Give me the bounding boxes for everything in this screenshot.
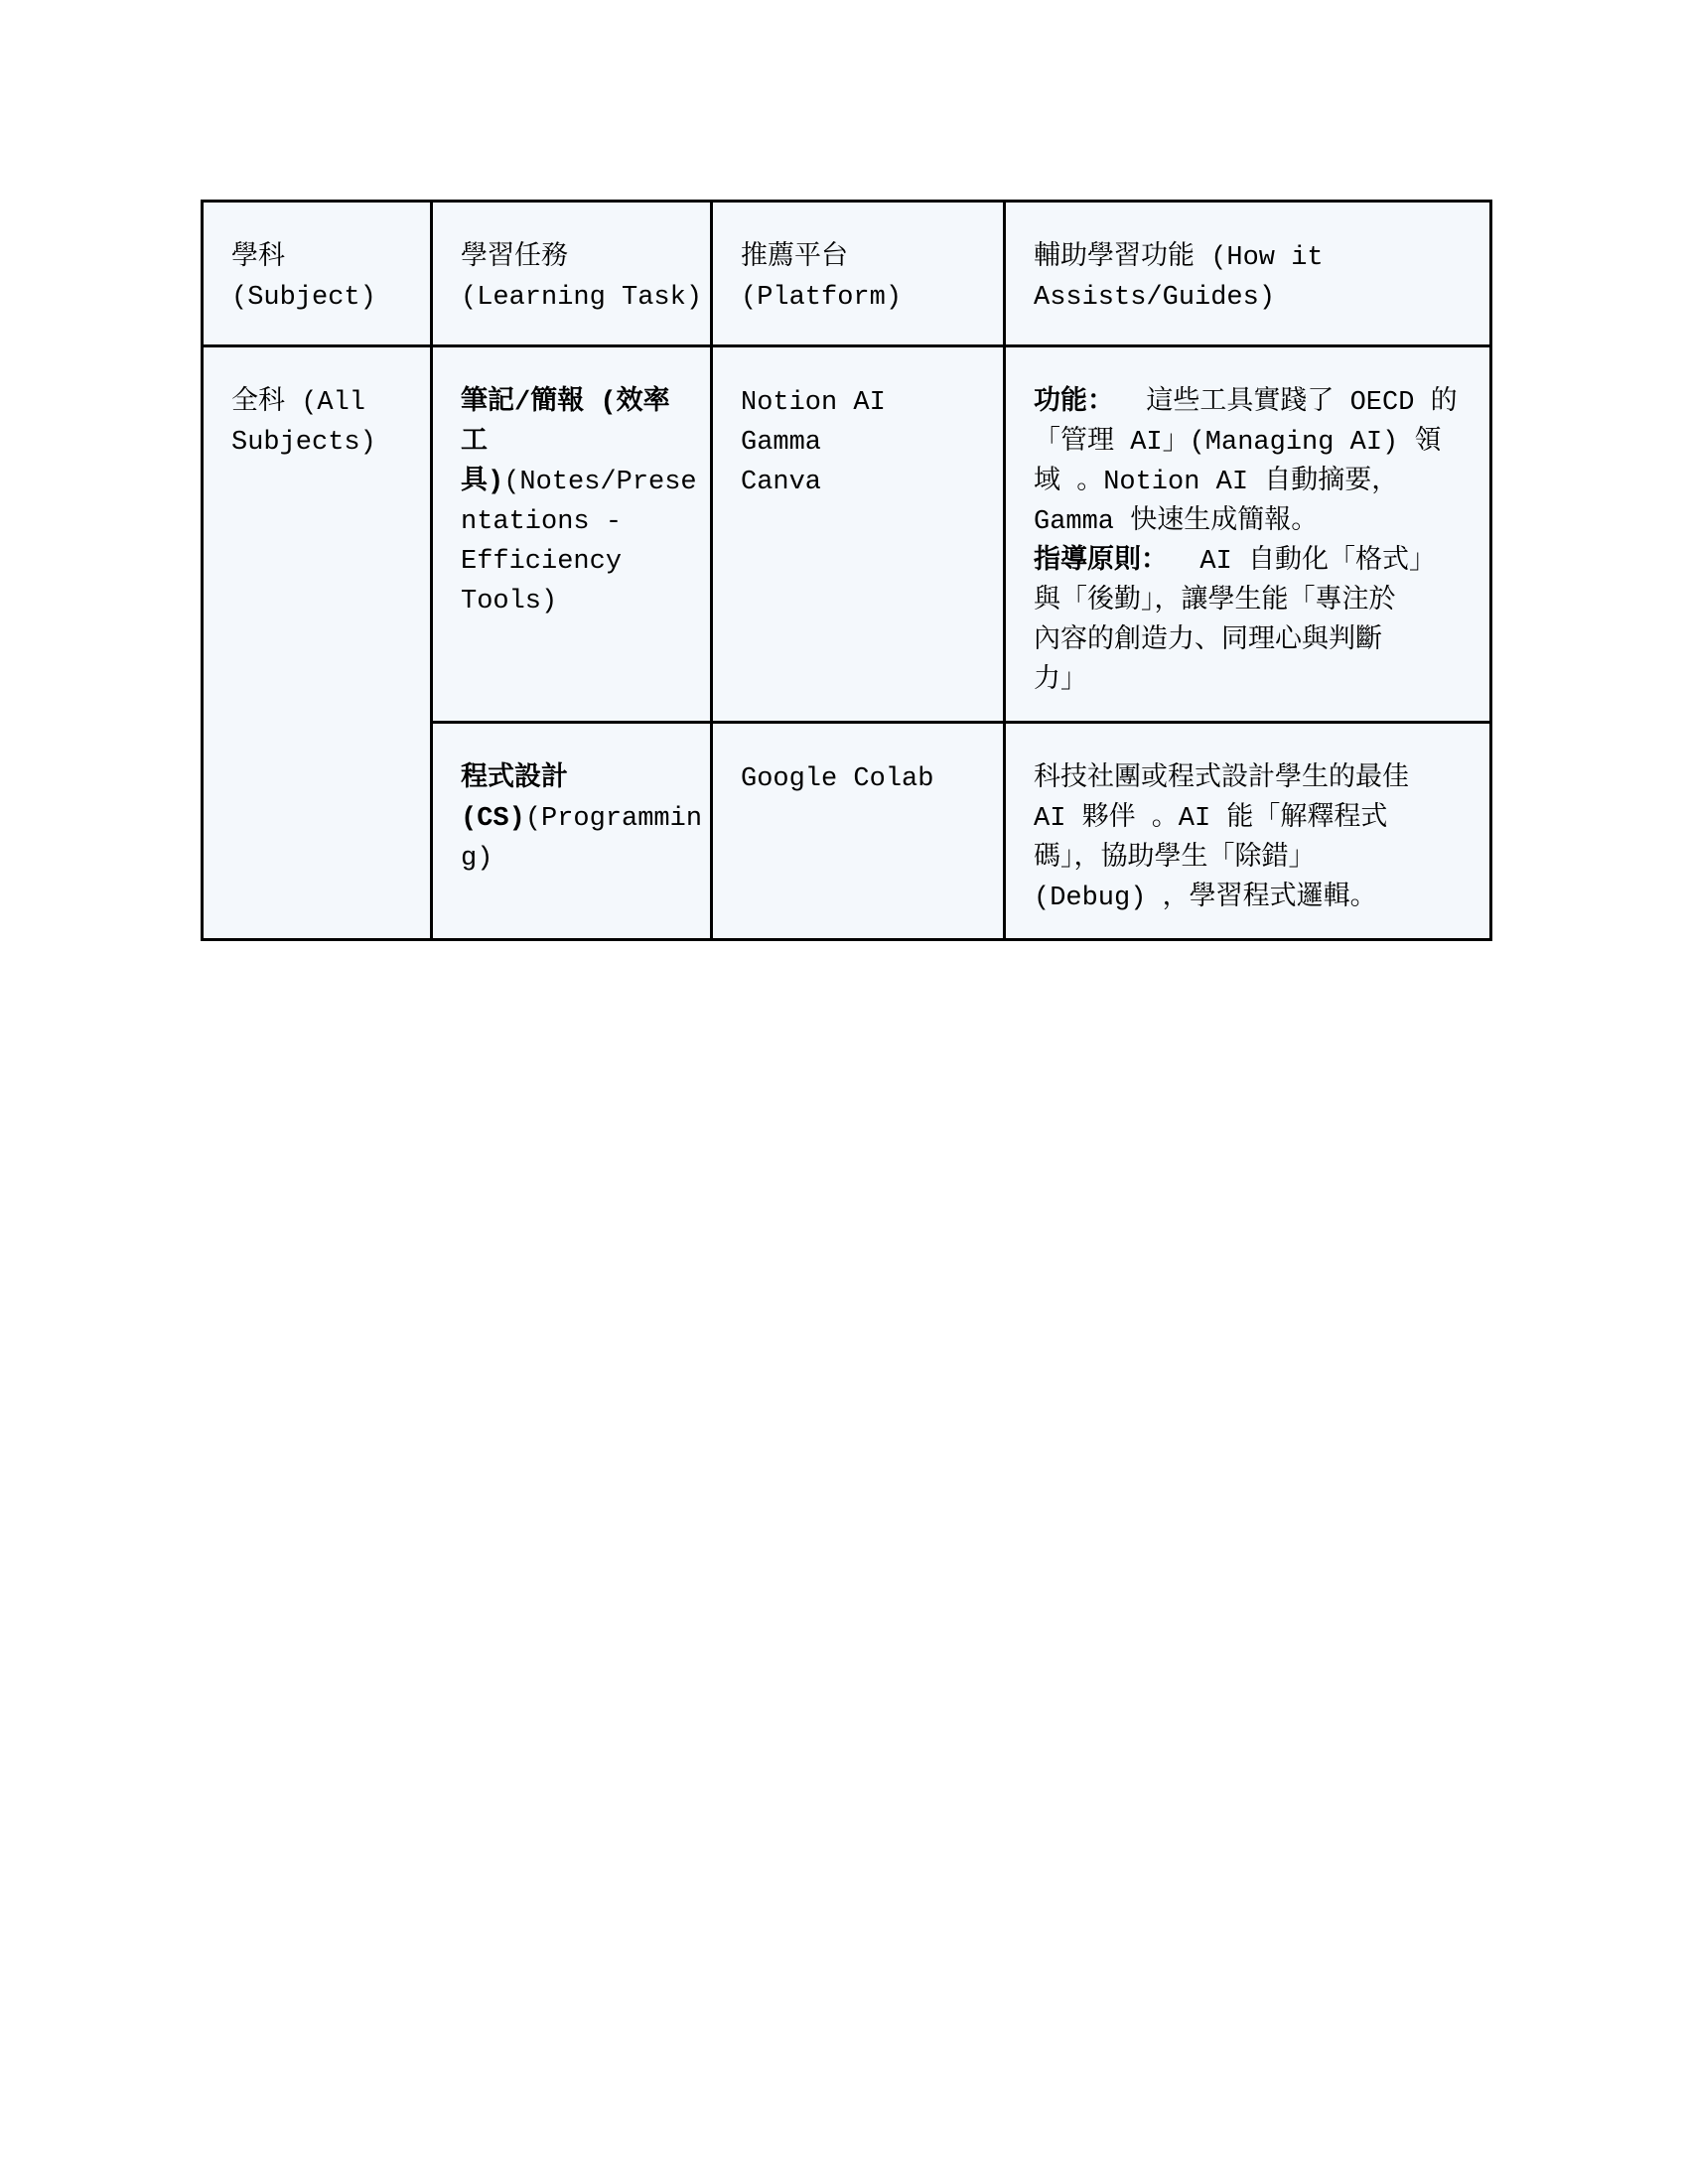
cell-task-programming: 程式設計 (CS)(Programmin g) [432,723,712,940]
table-header-row: 學科 (Subject) 學習任務 (Learning Task) 推薦平台 (… [203,202,1491,346]
document-page: 學科 (Subject) 學習任務 (Learning Task) 推薦平台 (… [0,0,1688,2184]
assist-guideline-label: 指導原則： [1034,547,1168,577]
ai-learning-tools-table: 學科 (Subject) 學習任務 (Learning Task) 推薦平台 (… [201,200,1492,941]
cell-subject-all-subjects: 全科 (All Subjects) [203,346,432,940]
header-subject: 學科 (Subject) [203,202,432,346]
assist-text: 科技社團或程式設計學生的最佳 AI 夥伴 。AI 能「解釋程式 碼」，協助學生「… [1034,764,1409,913]
table-row: 全科 (All Subjects) 筆記/簡報 (效率 工 具)(Notes/P… [203,346,1491,723]
cell-assist-programming: 科技社團或程式設計學生的最佳 AI 夥伴 。AI 能「解釋程式 碼」，協助學生「… [1005,723,1491,940]
header-platform: 推薦平台 (Platform) [712,202,1005,346]
cell-platform-programming: Google Colab [712,723,1005,940]
header-assist-function: 輔助學習功能 (How it Assists/Guides) [1005,202,1491,346]
cell-task-notes-presentations: 筆記/簡報 (效率 工 具)(Notes/Prese ntations - Ef… [432,346,712,723]
cell-platform-notes-tools: Notion AI Gamma Canva [712,346,1005,723]
header-learning-task: 學習任務 (Learning Task) [432,202,712,346]
assist-function-label: 功能： [1034,388,1114,418]
cell-assist-notes-tools: 功能： 這些工具實踐了 OECD 的 「管理 AI」(Managing AI) … [1005,346,1491,723]
